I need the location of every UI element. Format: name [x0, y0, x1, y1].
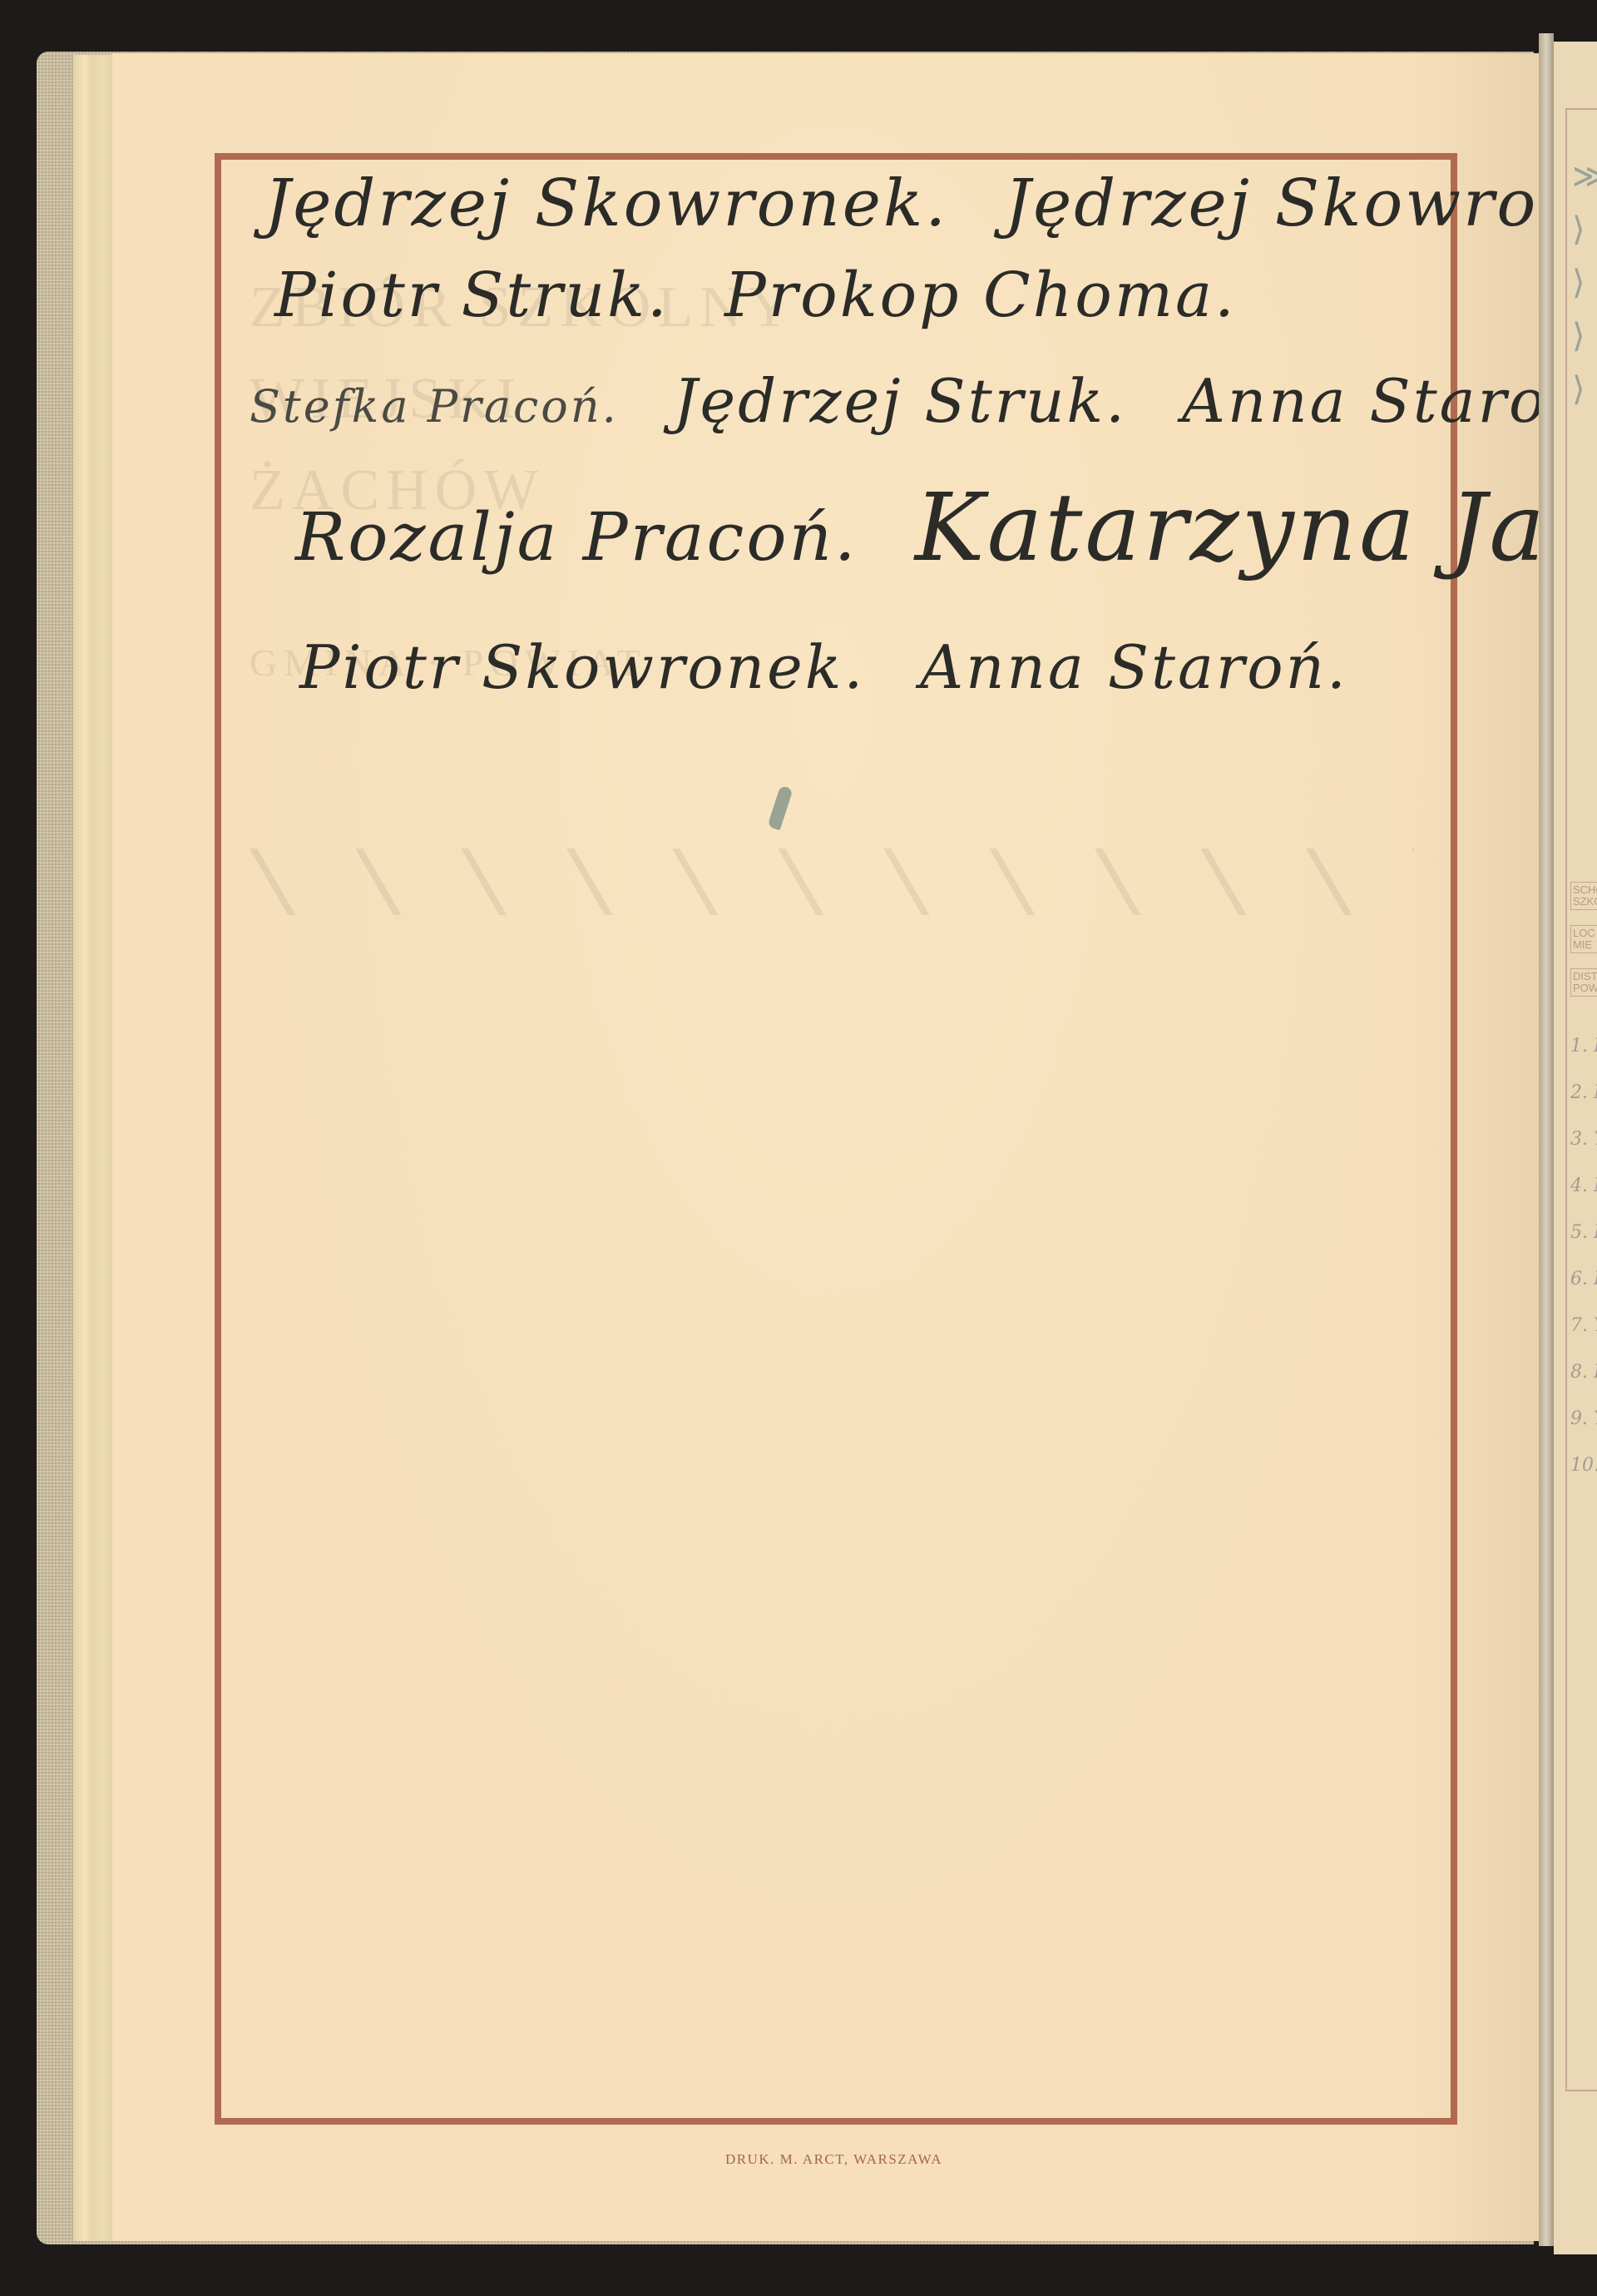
page-edges: [73, 55, 115, 2241]
page-footer: DRUK. M. ARCT, WARSZAWA: [112, 0, 1555, 2296]
book-gutter: [1539, 33, 1554, 2246]
adjacent-page-label: DIST POW: [1570, 968, 1597, 997]
adjacent-page-label: SCHO SZKO: [1570, 882, 1597, 910]
printer-imprint: DRUK. M. ARCT, WARSZAWA: [112, 2151, 1555, 2168]
adjacent-page-label: LOC MIE: [1570, 925, 1597, 953]
adjacent-page-ornament: ≫ ⟩ ⟩ ⟩ ⟩: [1572, 150, 1597, 832]
adjacent-page: ≫ ⟩ ⟩ ⟩ ⟩ SCHO SZKO LOC MIE DIST POW 1. …: [1554, 42, 1597, 2254]
adjacent-page-list: 1. Ha 2. M 3. Y 4. M 5. Fr 6. Ly 7. Y 8.…: [1570, 1023, 1597, 1489]
